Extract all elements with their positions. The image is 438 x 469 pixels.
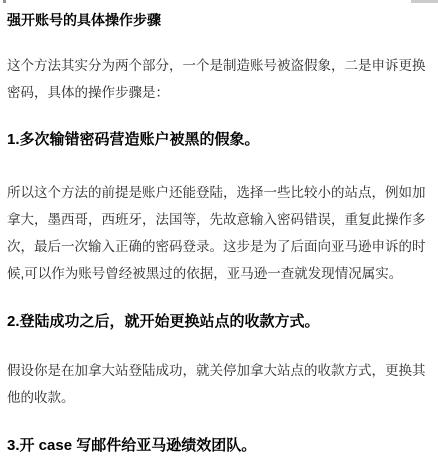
- section-1-body: 所以这个方法的前提是账户还能登陆，选择一些比较小的站点，例如加 拿大，墨西哥，西…: [7, 179, 431, 287]
- section-1-heading: 1.多次输错密码营造账户被黑的假象。: [7, 128, 431, 152]
- page-title: 强开账号的具体操作步骤: [7, 10, 431, 30]
- article-content: 强开账号的具体操作步骤 这个方法其实分为两个部分，一个是制造账号被盗假象，二是申…: [7, 0, 431, 458]
- text-cursor-artifact: [3, 0, 6, 3]
- document-page: 强开账号的具体操作步骤 这个方法其实分为两个部分，一个是制造账号被盗假象，二是申…: [0, 0, 438, 469]
- intro-paragraph: 这个方法其实分为两个部分，一个是制造账号被盗假象，二是申诉更换 密码，具体的操作…: [7, 52, 431, 106]
- section-2-heading: 2.登陆成功之后，就开始更换站点的收款方式。: [7, 310, 431, 334]
- section-3-heading: 3.开 case 写邮件给亚马逊绩效团队。: [7, 434, 431, 458]
- section-2-body: 假设你是在加拿大站登陆成功，就关停加拿大站点的收款方式，更换其 他的收款。: [7, 357, 431, 411]
